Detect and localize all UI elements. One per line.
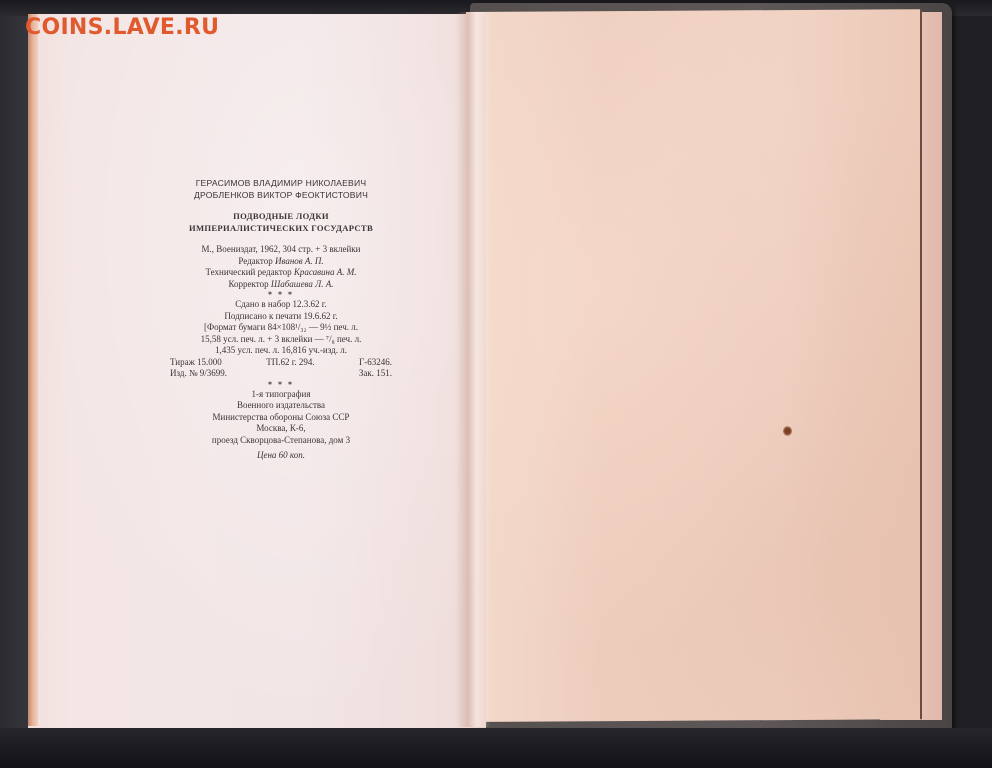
print-run-row: Тираж 15.000 ТП.62 г. 294. Г-63246.	[170, 357, 392, 369]
izd-number: Изд. № 9/3699.	[170, 368, 227, 380]
printer-line-5: проезд Скворцова-Степанова, дом 3	[170, 435, 392, 447]
background-bottom	[0, 728, 992, 768]
signed-date: Подписано к печати 19.6.62 г.	[170, 311, 392, 323]
proofreader-name: Шабашева Л. А.	[271, 279, 334, 289]
page-edge	[28, 14, 38, 726]
paper-format: [Формат бумаги 84×108¹/₃₂ — 9½ печ. л.	[170, 322, 392, 334]
book-title-line-1: ПОДВОДНЫЕ ЛОДКИ	[170, 211, 392, 223]
printer-line-4: Москва, К-6,	[170, 423, 392, 435]
editor-line: Редактор Иванов А. П.	[170, 256, 392, 268]
izd-row: Изд. № 9/3699. Зак. 151.	[170, 368, 392, 380]
printer-line-1: 1-я типография	[170, 389, 392, 401]
print-run: Тираж 15.000	[170, 357, 222, 369]
book-gutter	[456, 12, 490, 727]
watermark: COINS.LAVE.RU	[25, 15, 219, 40]
g-code: Г-63246.	[359, 357, 392, 369]
book-title-line-2: ИМПЕРИАЛИСТИЧЕСКИХ ГОСУДАРСТВ	[170, 223, 392, 235]
typeset-date: Сдано в набор 12.3.62 г.	[170, 299, 392, 311]
publication-info: М., Воениздат, 1962, 304 стр. + 3 вклейк…	[170, 244, 392, 256]
printer-line-3: Министерства обороны Союза ССР	[170, 412, 392, 424]
printer-line-2: Военного издательства	[170, 400, 392, 412]
paper-stain	[783, 426, 792, 436]
price: Цена 60 коп.	[170, 450, 392, 462]
print-sheets-1: 15,58 усл. печ. л. + 3 вклейки — ⁷/₈ печ…	[170, 334, 392, 346]
separator-stars: * * *	[170, 290, 392, 299]
order-number: Зак. 151.	[359, 368, 392, 380]
author-1: ГЕРАСИМОВ ВЛАДИМИР НИКОЛАЕВИЧ	[170, 178, 392, 190]
editor-name: Иванов А. П.	[275, 256, 324, 266]
tech-editor-name: Красавина А. М.	[294, 267, 357, 277]
proofreader-line: Корректор Шабашева Л. А.	[170, 279, 392, 291]
imprint-block: ГЕРАСИМОВ ВЛАДИМИР НИКОЛАЕВИЧ ДРОБЛЕНКОВ…	[170, 178, 392, 462]
book-scan: COINS.LAVE.RU ГЕРАСИМОВ ВЛАДИМИР НИКОЛАЕ…	[0, 0, 992, 768]
author-2: ДРОБЛЕНКОВ ВИКТОР ФЕОКТИСТОВИЧ	[170, 190, 392, 202]
tp-code: ТП.62 г. 294.	[266, 357, 314, 369]
separator-stars-2: * * *	[170, 380, 392, 389]
tech-editor-line: Технический редактор Красавина А. М.	[170, 267, 392, 279]
right-endpaper-page	[466, 9, 922, 722]
print-sheets-2: 1,435 усл. печ. л. 16,816 уч.-изд. л.	[170, 345, 392, 357]
